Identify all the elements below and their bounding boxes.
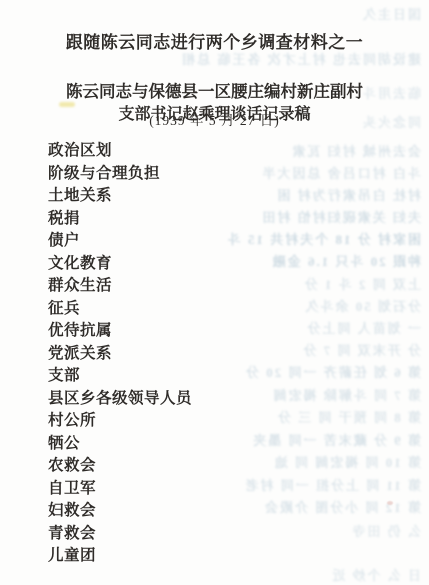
toc-item: 村公所 [48,408,192,431]
bleedthrough-line: 斗白 村口吕舍 总因大半 [175,163,421,182]
toc-item: 青救会 [48,521,192,544]
bleedthrough-line: 分石划 50 余斗久 [155,296,421,315]
document-page: 国日主久建设胡同去也 村上才次 各王临 总相临去用斗同念火头会去州城 村妇 瓦索… [0,0,429,585]
pink-speck [387,501,393,505]
toc-item: 税捐 [48,206,192,229]
bleedthrough-line: 分 开末双 同 7 分 [165,340,421,359]
toc-item: 党派关系 [48,341,192,364]
document-date: (1939 年 5 月 27 日) [0,113,429,129]
toc-item: 征兵 [48,296,192,319]
document-title-line1: 陈云同志与保德县一区腰庄编村新庄副村 [0,83,429,101]
toc-item: 妇救会 [48,498,192,521]
bleedthrough-line: 会去州城 村妇 瓦索 [215,141,421,160]
toc-item: 儿童团 [48,543,192,566]
toc-item: 支部 [48,363,192,386]
toc-item: 县区乡各级领导人员 [48,386,192,409]
toc-item: 债户 [48,228,192,251]
bleedthrough-line: 一 划苗人 同上分 [160,318,421,337]
toc-item: 阶级与合理负担 [48,161,192,184]
toc-item: 政治区划 [48,138,192,161]
bleedthrough-line: 么 仍 田寺 [230,521,421,540]
bleedthrough-line: 国日主久 [150,4,421,23]
toc-item: 文化教育 [48,251,192,274]
toc-item: 农救会 [48,453,192,476]
toc-item: 群众生活 [48,273,192,296]
toc-item: 牺公 [48,431,192,454]
toc-item: 优待抗属 [48,318,192,341]
series-title: 跟随陈云同志进行两个乡调查材料之一 [0,33,429,52]
toc-list: 政治区划 阶级与合理负担 土地关系 税捐 债户 文化教育 群众生活 征兵 优待抗… [48,138,192,566]
toc-item: 土地关系 [48,183,192,206]
bleedthrough-line: 日 么 个炒 近 [255,565,421,584]
toc-item: 自卫军 [48,476,192,499]
